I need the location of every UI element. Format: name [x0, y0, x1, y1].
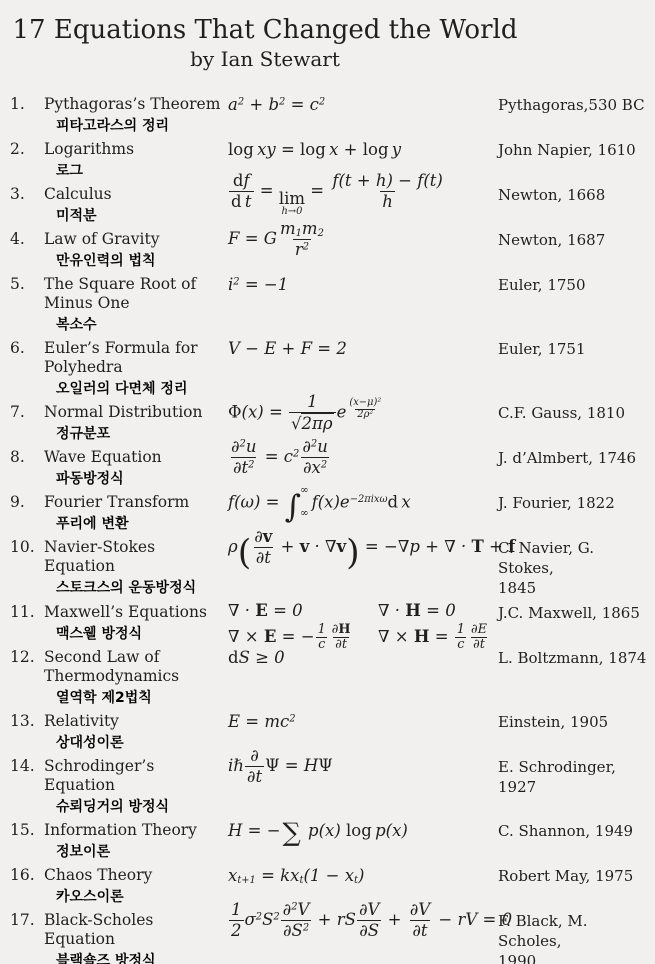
equation-formula: ∇ · E = 0∇ · H = 0∇ × E = −1c∂H∂t∇ × H =… [228, 573, 490, 652]
equation-formula: i2 = −1 [228, 275, 288, 294]
equation-cell: F = Gm1m2r2 [228, 230, 498, 249]
equation-row: 1. Pythagoras’s Theorem 피타고라스의 정리 a2 + b… [10, 95, 655, 135]
equation-row: 3. Calculus 미적분 dfd t = limh→0 = f(t + h… [10, 185, 655, 225]
equation-name: Wave Equation [44, 448, 228, 467]
equation-attribution: J. Fourier, 1822 [498, 493, 655, 513]
equation-name-cell: The Square Root of Minus One 복소수 [44, 275, 228, 334]
equation-row: 6. Euler’s Formula for Polyhedra 오일러의 다면… [10, 339, 655, 398]
equation-attribution: C. Navier, G. Stokes, 1845 [498, 538, 655, 598]
equation-cell: dfd t = limh→0 = f(t + h) − f(t)h [228, 185, 498, 204]
page-subtitle: by Ian Stewart [0, 46, 530, 73]
equation-cell: iℏ∂∂tΨ = HΨ [228, 757, 498, 776]
equation-name: Information Theory [44, 821, 228, 840]
equation-formula: V − E + F = 2 [228, 339, 347, 358]
equation-name-korean: 만유인력의 법칙 [44, 252, 228, 270]
row-number: 16. [10, 866, 44, 885]
equation-name: Law of Gravity [44, 230, 228, 249]
equation-cell: log xy = log x + log y [228, 140, 498, 159]
row-number: 7. [10, 403, 44, 422]
row-number: 5. [10, 275, 44, 294]
equation-name: The Square Root of Minus One [44, 275, 228, 313]
equation-name-cell: Second Law of Thermodynamics 열역학 제2법칙 [44, 648, 228, 707]
equation-name-korean: 스토크스의 운동방정식 [44, 579, 228, 597]
equation-name-cell: Euler’s Formula for Polyhedra 오일러의 다면체 정… [44, 339, 228, 398]
equation-name-cell: Pythagoras’s Theorem 피타고라스의 정리 [44, 95, 228, 135]
equation-cell: ∇ · E = 0∇ · H = 0∇ × E = −1c∂H∂t∇ × H =… [228, 603, 498, 622]
equation-cell: E = mc2 [228, 712, 498, 731]
equation-formula: F = Gm1m2r2 [228, 219, 327, 260]
equation-formula: xt+1 = kxt(1 − xt) [228, 866, 364, 885]
equation-name-korean: 열역학 제2법칙 [44, 689, 228, 707]
equation-attribution: Euler, 1751 [498, 339, 655, 359]
equation-formula: a2 + b2 = c2 [228, 95, 325, 114]
equation-name-cell: Normal Distribution 정규분포 [44, 403, 228, 443]
equation-row: 7. Normal Distribution 정규분포 Φ(x) = 1√2πρ… [10, 403, 655, 443]
equation-attribution: John Napier, 1610 [498, 140, 655, 160]
equation-name-cell: Fourier Transform 푸리에 변환 [44, 493, 228, 533]
row-number: 17. [10, 911, 44, 930]
equation-formula: dfd t = limh→0 = f(t + h) − f(t)h [228, 171, 446, 218]
equation-row: 11. Maxwell’s Equations 맥스웰 방정식 ∇ · E = … [10, 603, 655, 643]
equation-row: 4. Law of Gravity 만유인력의 법칙 F = Gm1m2r2 N… [10, 230, 655, 270]
equation-name-cell: Information Theory 정보이론 [44, 821, 228, 861]
document-page: 17 Equations That Changed the World by I… [0, 0, 655, 964]
equation-formula: ρ(∂v∂t + v · ∇v) = −∇p + ∇ · T + f [228, 527, 515, 568]
equation-cell: ρ(∂v∂t + v · ∇v) = −∇p + ∇ · T + f [228, 538, 498, 557]
equation-cell: xt+1 = kxt(1 − xt) [228, 866, 498, 885]
equation-name-korean: 오일러의 다면체 정리 [44, 380, 228, 398]
equation-name: Pythagoras’s Theorem [44, 95, 228, 114]
row-number: 1. [10, 95, 44, 114]
row-number: 15. [10, 821, 44, 840]
equation-name-cell: Chaos Theory 카오스이론 [44, 866, 228, 906]
equation-row: 17. Black-Scholes Equation 블랙숄즈 방정식 12σ2… [10, 911, 655, 964]
equation-name: Maxwell’s Equations [44, 603, 228, 622]
equation-attribution: J. d’Almbert, 1746 [498, 448, 655, 468]
equation-name: Relativity [44, 712, 228, 731]
equation-cell: ∂2u∂t2 = c2∂2u∂x2 [228, 448, 498, 467]
equation-row: 5. The Square Root of Minus One 복소수 i2 =… [10, 275, 655, 334]
row-number: 9. [10, 493, 44, 512]
row-number: 8. [10, 448, 44, 467]
equation-formula: log xy = log x + log y [228, 140, 401, 159]
equation-name-cell: Schrodinger’s Equation 슈뢰딩거의 방정식 [44, 757, 228, 816]
equation-name-cell: Black-Scholes Equation 블랙숄즈 방정식 [44, 911, 228, 964]
equation-name-korean: 파동방정식 [44, 470, 228, 488]
equation-formula: 12σ2S2∂2V∂S2 + rS∂V∂S + ∂V∂t − rV = 0 [228, 900, 512, 941]
equation-attribution: Euler, 1750 [498, 275, 655, 295]
equation-row: 14. Schrodinger’s Equation 슈뢰딩거의 방정식 iℏ∂… [10, 757, 655, 816]
equation-name-korean: 카오스이론 [44, 888, 228, 906]
equation-row: 8. Wave Equation 파동방정식 ∂2u∂t2 = c2∂2u∂x2… [10, 448, 655, 488]
equation-name-cell: Relativity 상대성이론 [44, 712, 228, 752]
equation-name-cell: Maxwell’s Equations 맥스웰 방정식 [44, 603, 228, 643]
equation-name-korean: 블랙숄즈 방정식 [44, 952, 228, 964]
equation-name: Fourier Transform [44, 493, 228, 512]
equation-name-korean: 피타고라스의 정리 [44, 117, 228, 135]
equation-name: Second Law of Thermodynamics [44, 648, 228, 686]
equation-formula: Φ(x) = 1√2πρe(x−μ)22ρ2 [228, 392, 384, 434]
equation-name-cell: Navier-Stokes Equation 스토크스의 운동방정식 [44, 538, 228, 597]
equation-row: 15. Information Theory 정보이론 H = −∑ p(x) … [10, 821, 655, 861]
equation-attribution: Einstein, 1905 [498, 712, 655, 732]
equation-name-korean: 푸리에 변환 [44, 515, 228, 533]
row-number: 10. [10, 538, 44, 557]
row-number: 14. [10, 757, 44, 776]
equation-name-cell: Wave Equation 파동방정식 [44, 448, 228, 488]
equation-name-korean: 미적분 [44, 207, 228, 225]
equation-attribution: E. Schrodinger, 1927 [498, 757, 655, 797]
equation-name: Black-Scholes Equation [44, 911, 228, 949]
equation-name-korean: 상대성이론 [44, 734, 228, 752]
equation-formula: ∂2u∂t2 = c2∂2u∂x2 [228, 437, 331, 478]
equation-list: 1. Pythagoras’s Theorem 피타고라스의 정리 a2 + b… [0, 95, 655, 964]
equation-name-korean: 슈뢰딩거의 방정식 [44, 798, 228, 816]
equation-attribution: F. Black, M. Scholes, 1990 [498, 911, 655, 964]
equation-name: Navier-Stokes Equation [44, 538, 228, 576]
equation-formula: E = mc2 [228, 712, 296, 731]
row-number: 3. [10, 185, 44, 204]
equation-formula: H = −∑ p(x) log p(x) [228, 821, 408, 840]
equation-name: Logarithms [44, 140, 228, 159]
equation-attribution: C.F. Gauss, 1810 [498, 403, 655, 423]
equation-name-korean: 정규분포 [44, 425, 228, 443]
page-title: 17 Equations That Changed the World [0, 14, 530, 46]
equation-attribution: Pythagoras,530 BC [498, 95, 655, 115]
equation-formula: dS ≥ 0 [228, 648, 285, 667]
equation-cell: a2 + b2 = c2 [228, 95, 498, 114]
equation-name: Normal Distribution [44, 403, 228, 422]
equation-cell: H = −∑ p(x) log p(x) [228, 821, 498, 840]
equation-attribution: C. Shannon, 1949 [498, 821, 655, 841]
equation-attribution: L. Boltzmann, 1874 [498, 648, 655, 668]
row-number: 4. [10, 230, 44, 249]
equation-name: Schrodinger’s Equation [44, 757, 228, 795]
document-header: 17 Equations That Changed the World by I… [0, 0, 530, 73]
equation-name-korean: 정보이론 [44, 843, 228, 861]
equation-formula: f(ω) = ∫∞∞f(x)e−2πixωd x [228, 486, 411, 520]
equation-name-korean: 로그 [44, 162, 228, 180]
equation-name-cell: Law of Gravity 만유인력의 법칙 [44, 230, 228, 270]
row-number: 12. [10, 648, 44, 667]
equation-cell: i2 = −1 [228, 275, 498, 294]
equation-name-korean: 복소수 [44, 316, 228, 334]
equation-attribution: Newton, 1668 [498, 185, 655, 205]
row-number: 13. [10, 712, 44, 731]
equation-name: Calculus [44, 185, 228, 204]
row-number: 11. [10, 603, 44, 622]
equation-cell: 12σ2S2∂2V∂S2 + rS∂V∂S + ∂V∂t − rV = 0 [228, 911, 498, 930]
row-number: 6. [10, 339, 44, 358]
equation-name: Euler’s Formula for Polyhedra [44, 339, 228, 377]
equation-name-cell: Calculus 미적분 [44, 185, 228, 225]
equation-cell: f(ω) = ∫∞∞f(x)e−2πixωd x [228, 493, 498, 512]
equation-cell: Φ(x) = 1√2πρe(x−μ)22ρ2 [228, 403, 498, 422]
equation-name-cell: Logarithms 로그 [44, 140, 228, 180]
equation-row: 12. Second Law of Thermodynamics 열역학 제2법… [10, 648, 655, 707]
equation-cell: V − E + F = 2 [228, 339, 498, 358]
equation-name: Chaos Theory [44, 866, 228, 885]
equation-cell: dS ≥ 0 [228, 648, 498, 667]
equation-attribution: Robert May, 1975 [498, 866, 655, 886]
equation-attribution: J.C. Maxwell, 1865 [498, 603, 655, 623]
equation-name-korean: 맥스웰 방정식 [44, 625, 228, 643]
equation-formula: iℏ∂∂tΨ = HΨ [228, 746, 333, 787]
equation-attribution: Newton, 1687 [498, 230, 655, 250]
row-number: 2. [10, 140, 44, 159]
